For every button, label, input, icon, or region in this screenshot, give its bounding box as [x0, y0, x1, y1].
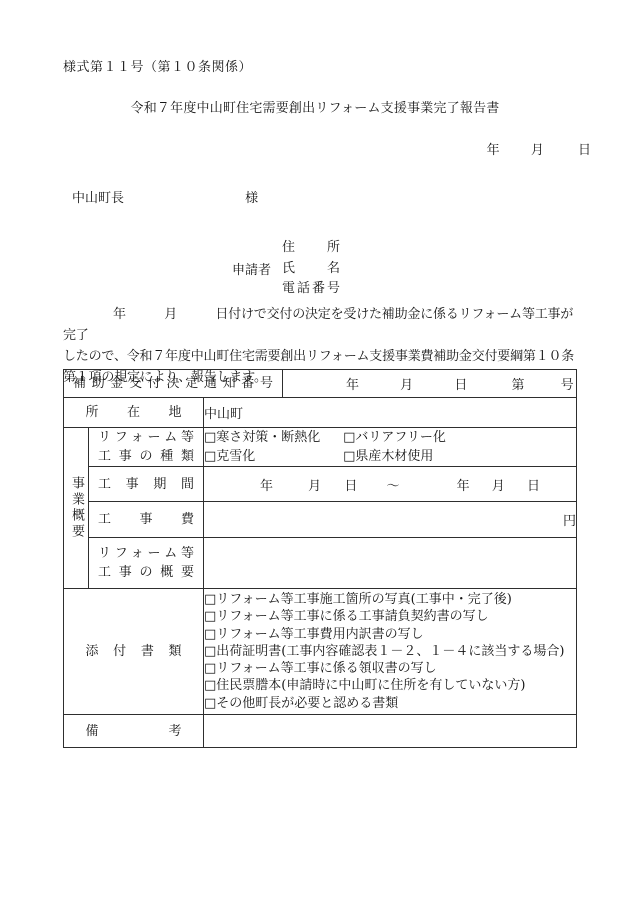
work-period-label: 工事期間	[98, 475, 194, 494]
work-summary-label-line1: リフォーム等	[98, 544, 194, 563]
checkbox-local-wood: □県産木材使用	[343, 449, 433, 464]
date-year-label: 年	[487, 139, 500, 158]
applicant-block: 申請者 住所 氏名 電話番号	[232, 238, 340, 300]
work-type-label-cell: リフォーム等 工事の種類	[89, 428, 204, 467]
checkbox-photos: □リフォーム等工事施工箇所の写真(工事中・完了後)	[204, 591, 576, 608]
notice-number-label: 補助金交付決定通知番号	[73, 374, 273, 393]
location-value: 中山町	[204, 407, 243, 422]
document-page: 様式第１１号（第１０条関係） 令和７年度中山町住宅需要創出リフォーム支援事業完了…	[0, 0, 630, 903]
period-start-day-label: 日	[344, 475, 357, 494]
period-start-year-label: 年	[260, 475, 273, 494]
attachments-label: 添付書類	[86, 642, 182, 661]
period-end-month-label: 月	[492, 475, 505, 494]
date-month-label: 月	[531, 139, 544, 158]
work-summary-label-line2: 工事の概要	[98, 563, 194, 582]
checkbox-receipt-copy: □リフォーム等工事に係る領収書の写し	[204, 660, 576, 677]
applicant-address-label: 住所	[282, 238, 340, 259]
remarks-label-cell: 備考	[64, 715, 204, 748]
row-work-summary: リフォーム等 工事の概要	[64, 538, 577, 589]
applicant-phone-label: 電話番号	[282, 279, 340, 300]
attachments-list: □リフォーム等工事施工箇所の写真(工事中・完了後) □リフォーム等工事に係る工事…	[204, 589, 576, 714]
addressee-line: 中山町長 様	[72, 187, 258, 206]
overview-group-label: 事業概要	[64, 476, 89, 540]
row-location: 所在地 中山町	[64, 398, 577, 428]
notice-no-suffix-label: 号	[561, 374, 574, 393]
work-summary-label-cell: リフォーム等 工事の概要	[89, 538, 204, 589]
notice-month-label: 月	[400, 374, 413, 393]
notice-no-prefix-label: 第	[511, 374, 524, 393]
location-label-cell: 所在地	[64, 398, 204, 428]
work-cost-value-cell: 円	[204, 502, 577, 538]
checkbox-other-documents: □その他町長が必要と認める書類	[204, 695, 576, 712]
notice-number-label-cell: 補助金交付決定通知番号	[64, 370, 283, 398]
overview-group-cell: 事業概要	[64, 428, 89, 589]
work-cost-label-cell: 工事費	[89, 502, 204, 538]
work-type-option-line1: □寒さ対策・断熱化 □バリアフリー化	[204, 428, 576, 447]
date-line: 年 月 日	[487, 139, 591, 158]
notice-year-label: 年	[346, 374, 359, 393]
form-number: 様式第１１号（第１０条関係）	[63, 56, 252, 75]
addressee-name: 中山町長	[72, 191, 124, 206]
period-end-year-label: 年	[457, 475, 470, 494]
remarks-label: 備考	[86, 722, 182, 741]
checkbox-residence-certificate: □住民票謄本(申請時に中山町に住所を有していない方)	[204, 677, 576, 694]
checkbox-shipping-certificate: □出荷証明書(工事内容確認表１－２、１－４に該当する場合)	[204, 643, 576, 660]
location-value-cell: 中山町	[204, 398, 577, 428]
row-notice-number: 補助金交付決定通知番号 年 月 日 第 号	[64, 370, 577, 398]
work-cost-unit-label: 円	[563, 514, 576, 529]
body-line-1: 年 月 日付けで交付の決定を受けた補助金に係るリフォーム等工事が完了	[63, 304, 580, 346]
work-type-options-cell: □寒さ対策・断熱化 □バリアフリー化 □克雪化 □県産木材使用	[204, 428, 577, 467]
row-remarks: 備考	[64, 715, 577, 748]
notice-number-value-cell: 年 月 日 第 号	[283, 370, 577, 398]
work-period-label-cell: 工事期間	[89, 467, 204, 502]
period-start-month-label: 月	[308, 475, 321, 494]
attachments-list-cell: □リフォーム等工事施工箇所の写真(工事中・完了後) □リフォーム等工事に係る工事…	[204, 589, 577, 715]
checkbox-cold-insulation: □寒さ対策・断熱化	[204, 428, 339, 447]
work-cost-label: 工事費	[98, 510, 194, 529]
body-line-2: したので、令和７年度中山町住宅需要創出リフォーム支援事業費補助金交付要綱第１０条	[63, 346, 580, 367]
document-title: 令和７年度中山町住宅需要創出リフォーム支援事業完了報告書	[0, 97, 630, 116]
applicant-fields: 住所 氏名 電話番号	[282, 238, 340, 300]
addressee-honorific: 様	[245, 191, 258, 206]
applicant-label: 申請者	[232, 259, 271, 278]
work-type-label-line1: リフォーム等	[98, 428, 194, 447]
checkbox-cost-breakdown: □リフォーム等工事費用内訳書の写し	[204, 626, 576, 643]
location-label: 所在地	[86, 403, 182, 422]
work-period-value-cell: 年 月 日 ～ 年 月 日	[204, 467, 577, 502]
period-tilde: ～	[386, 475, 399, 494]
row-attachments: 添付書類 □リフォーム等工事施工箇所の写真(工事中・完了後) □リフォーム等工事…	[64, 589, 577, 715]
row-work-cost: 工事費 円	[64, 502, 577, 538]
row-work-period: 工事期間 年 月 日 ～ 年 月 日	[64, 467, 577, 502]
remarks-value-cell	[204, 715, 577, 748]
form-table: 補助金交付決定通知番号 年 月 日 第 号 所在地 中山町	[63, 369, 577, 748]
checkbox-contract-copy: □リフォーム等工事に係る工事請負契約書の写し	[204, 608, 576, 625]
period-end-day-label: 日	[527, 475, 540, 494]
work-type-option-line2: □克雪化 □県産木材使用	[204, 447, 576, 466]
checkbox-snow-resistance: □克雪化	[204, 447, 339, 466]
work-type-label-line2: 工事の種類	[98, 447, 194, 466]
date-day-label: 日	[578, 139, 591, 158]
notice-day-label: 日	[454, 374, 467, 393]
checkbox-barrier-free: □バリアフリー化	[343, 430, 446, 445]
work-summary-value-cell	[204, 538, 577, 589]
attachments-label-cell: 添付書類	[64, 589, 204, 715]
row-work-type: 事業概要 リフォーム等 工事の種類 □寒さ対策・断熱化 □バリアフリー化 □克雪…	[64, 428, 577, 467]
applicant-name-label: 氏名	[282, 259, 340, 280]
